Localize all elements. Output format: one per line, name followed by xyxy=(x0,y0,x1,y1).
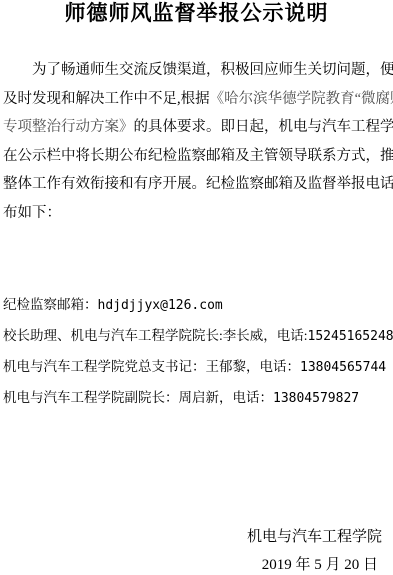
paragraph-line: 为了畅通师生交流反馈渠道，积极回应师生关切问题，便于 xyxy=(3,56,390,85)
paragraph-text: 及时发现和解决工作中不足,根据 xyxy=(3,91,210,107)
paragraph-line: 专项整治行动方案》的具体要求。即日起，机电与汽车工程学院 xyxy=(3,113,390,142)
contact-label: 机电与汽车工程学院党总支书记：王郁黎，电话： xyxy=(3,359,300,374)
contact-value: 13804579827 xyxy=(273,391,359,406)
contact-line: 纪检监察邮箱：hdjdjjyx@126.com xyxy=(3,290,392,321)
contact-label: 纪检监察邮箱： xyxy=(3,297,98,312)
document-page: 师德师风监督举报公示说明 为了畅通师生交流反馈渠道，积极回应师生关切问题，便于及… xyxy=(0,0,393,575)
notice-paragraph: 为了畅通师生交流反馈渠道，积极回应师生关切问题，便于及时发现和解决工作中不足,根… xyxy=(3,56,390,227)
contact-label: 校长助理、机电与汽车工程学院院长:李长威，电话: xyxy=(3,328,308,343)
paragraph-text: 为了畅通师生交流反馈渠道，积极回应师生关切问题，便于 xyxy=(32,62,393,78)
signature-line: 机电与汽车工程学院 xyxy=(247,526,382,548)
contacts-section: 纪检监察邮箱：hdjdjjyx@126.com校长助理、机电与汽车工程学院院长:… xyxy=(3,290,392,414)
contact-value: 13804565744 xyxy=(300,360,386,375)
paragraph-text: 整体工作有效衔接和有序开展。纪检监察邮箱及监督举报电话公 xyxy=(3,176,393,192)
paragraph-text: 布如下： xyxy=(3,205,61,221)
contact-value: hdjdjjyx@126.com xyxy=(98,298,223,313)
contact-label: 机电与汽车工程学院副院长：周启新，电话： xyxy=(3,390,273,405)
paragraph-text: 在公示栏中将长期公布纪检监察邮箱及主管领导联系方式，推动 xyxy=(3,148,393,164)
paragraph-line: 在公示栏中将长期公布纪检监察邮箱及主管领导联系方式，推动 xyxy=(3,142,390,171)
contact-value: 15245165248 xyxy=(308,329,393,344)
policy-title-segment: 专项整治行动方案》 xyxy=(3,119,134,135)
policy-title-segment: 《哈尔滨华德学院教育“微腐败” xyxy=(210,91,393,107)
paragraph-text: 的具体要求。即日起，机电与汽车工程学院 xyxy=(134,119,393,135)
paragraph-line: 及时发现和解决工作中不足,根据《哈尔滨华德学院教育“微腐败” xyxy=(3,85,390,114)
paragraph-line: 整体工作有效衔接和有序开展。纪检监察邮箱及监督举报电话公 xyxy=(3,170,390,199)
contact-line: 校长助理、机电与汽车工程学院院长:李长威，电话:15245165248 xyxy=(3,321,392,352)
page-title: 师德师风监督举报公示说明 xyxy=(0,0,393,27)
date-line: 2019 年 5 月 20 日 xyxy=(262,554,378,575)
paragraph-line: 布如下： xyxy=(3,199,390,228)
contact-line: 机电与汽车工程学院副院长：周启新，电话：13804579827 xyxy=(3,383,392,414)
contact-line: 机电与汽车工程学院党总支书记：王郁黎，电话：13804565744 xyxy=(3,352,392,383)
